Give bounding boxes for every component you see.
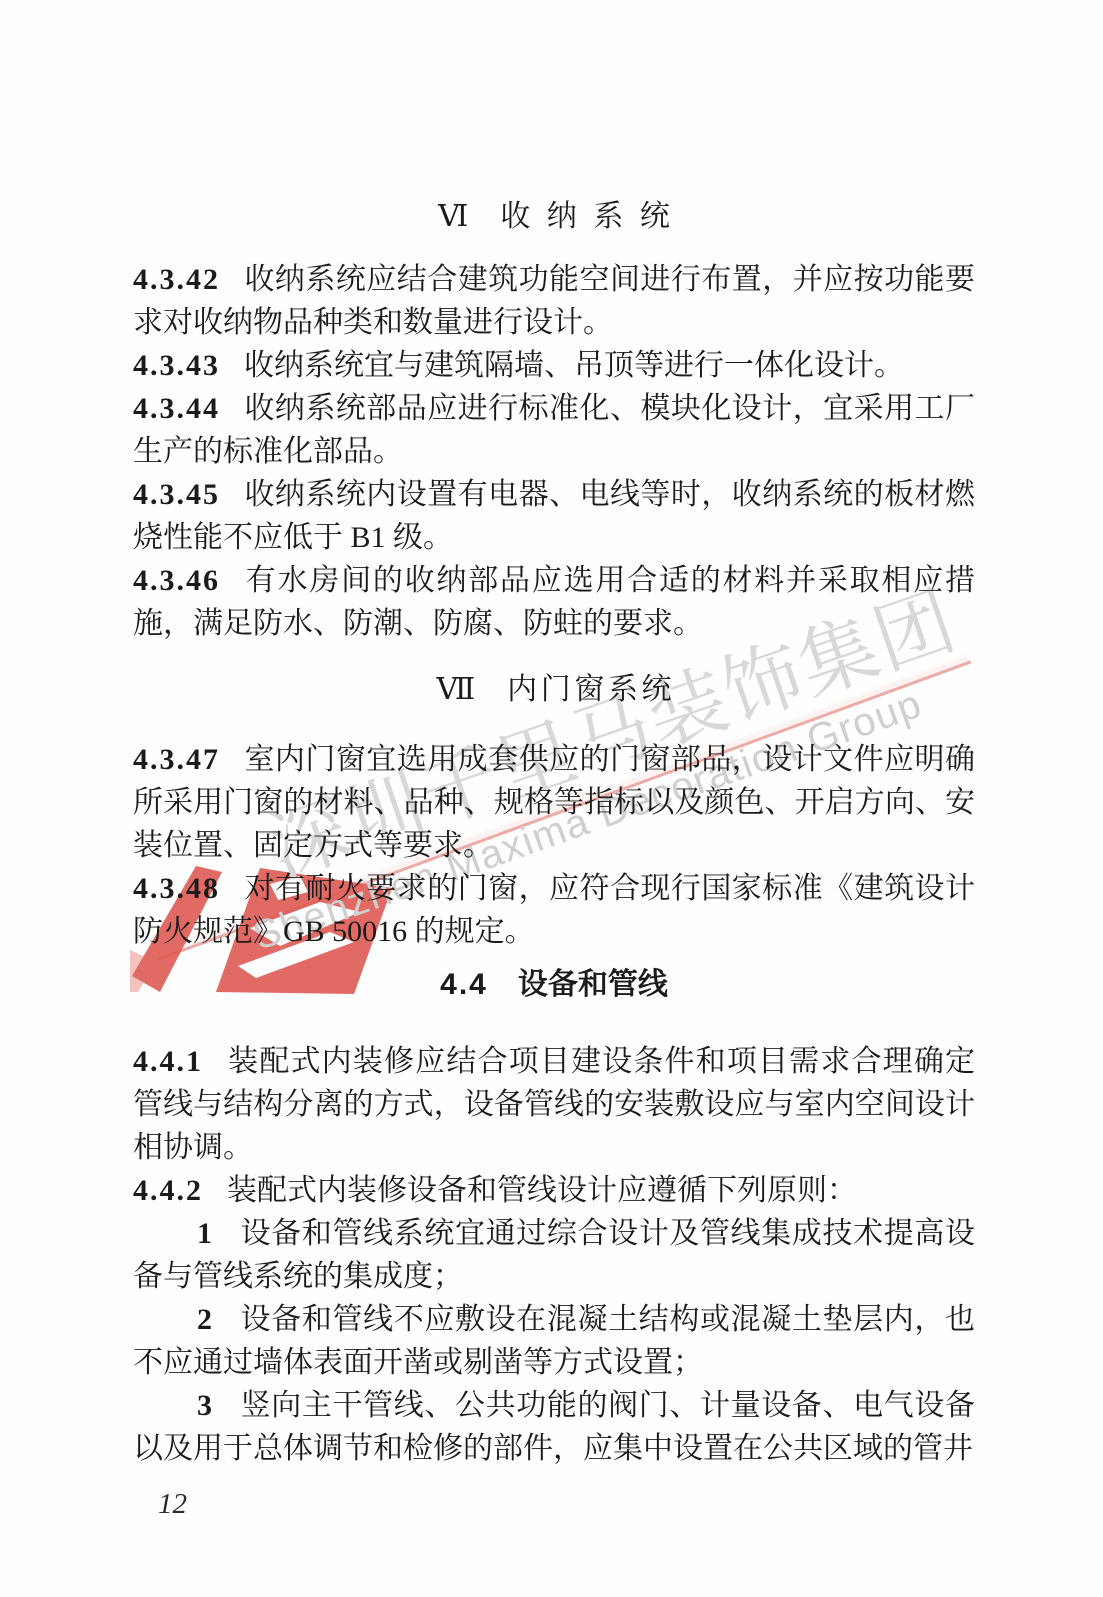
page-number: 12 bbox=[158, 1488, 187, 1521]
document-body: Ⅵ收纳系统4.3.42收纳系统应结合建筑功能空间进行布置，并应按功能要求对收纳物… bbox=[133, 195, 975, 1470]
list-item: 1设备和管线系统宜通过综合设计及管线集成技术提高设备与管线系统的集成度； bbox=[133, 1212, 975, 1298]
clause-text: 设备和管线不应敷设在混凝土结构或混凝土垫层内，也不应通过墙体表面开凿或剔凿等方式… bbox=[133, 1303, 975, 1379]
heading-title: 设备和管线 bbox=[518, 968, 668, 1001]
subheading-numeral: Ⅶ bbox=[436, 673, 477, 706]
clause-number: 4.4.1 bbox=[133, 1045, 203, 1078]
clause-number: 4.4.2 bbox=[133, 1174, 203, 1207]
clause-paragraph: 4.3.47室内门窗宜选用成套供应的门窗部品，设计文件应明确所采用门窗的材料、品… bbox=[133, 738, 975, 867]
clause-number: 4.3.44 bbox=[133, 392, 220, 425]
clause-paragraph: 4.3.42收纳系统应结合建筑功能空间进行布置，并应按功能要求对收纳物品种类和数… bbox=[133, 258, 975, 344]
clause-paragraph: 4.3.46有水房间的收纳部品应选用合适的材料并采取相应措施，满足防水、防潮、防… bbox=[133, 559, 975, 645]
clause-text: 对有耐火要求的门窗，应符合现行国家标准《建筑设计防火规范》GB 50016 的规… bbox=[133, 872, 975, 948]
clause-number: 4.3.47 bbox=[133, 743, 220, 776]
section-subheading: Ⅶ内门窗系统 bbox=[133, 668, 975, 711]
document-page: 深圳千里马装饰集团 Shenzhen Maxima Decoration Gro… bbox=[0, 0, 1103, 1597]
clause-text: 设备和管线系统宜通过综合设计及管线集成技术提高设备与管线系统的集成度； bbox=[133, 1217, 975, 1293]
clause-number: 4.3.48 bbox=[133, 872, 220, 905]
clause-paragraph: 4.4.2装配式内装修设备和管线设计应遵循下列原则： bbox=[133, 1169, 975, 1212]
clause-text: 装配式内装修应结合项目建设条件和项目需求合理确定管线与结构分离的方式，设备管线的… bbox=[133, 1045, 975, 1164]
clause-text: 竖向主干管线、公共功能的阀门、计量设备、电气设备以及用于总体调节和检修的部件，应… bbox=[133, 1389, 975, 1465]
clause-paragraph: 4.3.45收纳系统内设置有电器、电线等时，收纳系统的板材燃烧性能不应低于 B1… bbox=[133, 473, 975, 559]
clause-text: 收纳系统应结合建筑功能空间进行布置，并应按功能要求对收纳物品种类和数量进行设计。 bbox=[133, 263, 975, 339]
clause-text: 收纳系统宜与建筑隔墙、吊顶等进行一体化设计。 bbox=[244, 349, 904, 382]
clause-text: 室内门窗宜选用成套供应的门窗部品，设计文件应明确所采用门窗的材料、品种、规格等指… bbox=[133, 743, 975, 862]
clause-paragraph: 4.3.43收纳系统宜与建筑隔墙、吊顶等进行一体化设计。 bbox=[133, 344, 975, 387]
subheading-numeral: Ⅵ bbox=[438, 200, 470, 233]
clause-text: 收纳系统部品应进行标准化、模块化设计，宜采用工厂生产的标准化部品。 bbox=[133, 392, 975, 468]
item-number: 2 bbox=[197, 1303, 212, 1336]
subheading-title: 内门窗系统 bbox=[507, 673, 675, 706]
section-heading: 4.4设备和管线 bbox=[133, 963, 975, 1006]
clause-text: 有水房间的收纳部品应选用合适的材料并采取相应措施，满足防水、防潮、防腐、防蛀的要… bbox=[133, 564, 975, 640]
item-number: 3 bbox=[197, 1389, 212, 1422]
clause-number: 4.3.46 bbox=[133, 564, 220, 597]
clause-number: 4.3.42 bbox=[133, 263, 220, 296]
list-item: 3竖向主干管线、公共功能的阀门、计量设备、电气设备以及用于总体调节和检修的部件，… bbox=[133, 1384, 975, 1470]
section-subheading: Ⅵ收纳系统 bbox=[133, 195, 975, 238]
clause-text: 装配式内装修设备和管线设计应遵循下列原则： bbox=[227, 1174, 857, 1207]
clause-text: 收纳系统内设置有电器、电线等时，收纳系统的板材燃烧性能不应低于 B1 级。 bbox=[133, 478, 975, 554]
clause-paragraph: 4.4.1装配式内装修应结合项目建设条件和项目需求合理确定管线与结构分离的方式，… bbox=[133, 1040, 975, 1169]
clause-number: 4.3.43 bbox=[133, 349, 220, 382]
clause-paragraph: 4.3.48对有耐火要求的门窗，应符合现行国家标准《建筑设计防火规范》GB 50… bbox=[133, 867, 975, 953]
item-number: 1 bbox=[197, 1217, 212, 1250]
subheading-title: 收纳系统 bbox=[500, 200, 686, 233]
clause-paragraph: 4.3.44收纳系统部品应进行标准化、模块化设计，宜采用工厂生产的标准化部品。 bbox=[133, 387, 975, 473]
clause-number: 4.3.45 bbox=[133, 478, 220, 511]
heading-number: 4.4 bbox=[440, 968, 488, 1001]
list-item: 2设备和管线不应敷设在混凝土结构或混凝土垫层内，也不应通过墙体表面开凿或剔凿等方… bbox=[133, 1298, 975, 1384]
